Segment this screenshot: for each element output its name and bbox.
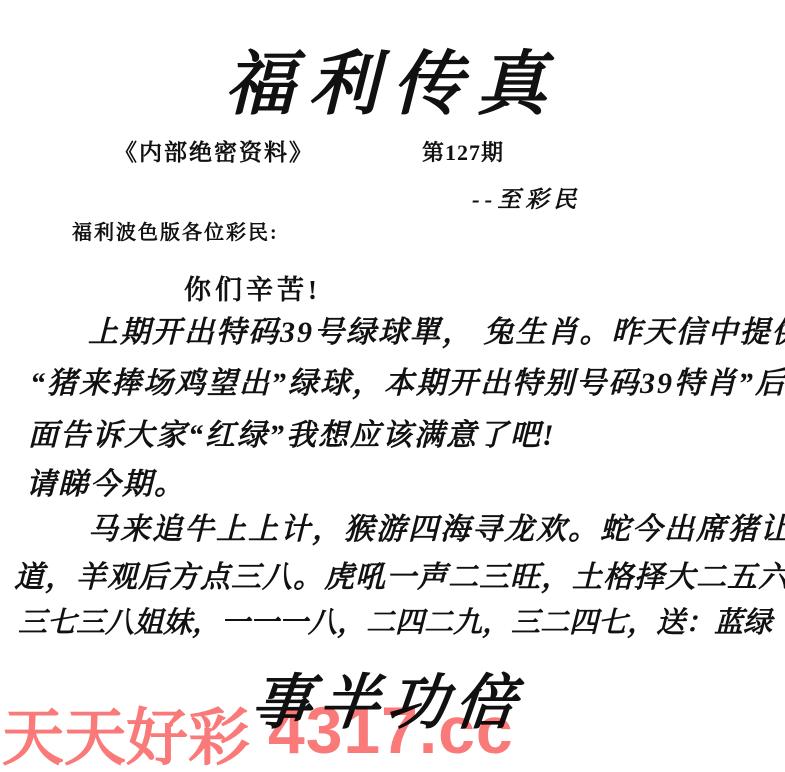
paragraph1-line3: 面告诉大家“红绿”我想应该满意了吧! xyxy=(28,410,556,454)
paragraph1-line1: 上期开出特码39号绿球單， 兔生肖。昨天信中提供 xyxy=(88,307,785,351)
watermark-site-name: 天天好彩 xyxy=(2,688,250,772)
paragraph2-line3: 三七三八姐妹，一一一八，二四二九，三二四七，送：蓝绿 xyxy=(18,600,772,641)
page-title: 福利传真 xyxy=(0,28,785,129)
greeting-line: 你们辛苦! xyxy=(184,268,321,307)
paragraph2-line2: 道，羊观后方点三八。虎吼一声二三旺，土格择大二五六。 xyxy=(14,552,785,596)
source-label: 《内部绝密资料》 xyxy=(114,134,314,167)
issue-number: 第127期 xyxy=(422,136,504,167)
paragraph2-line1: 马来追牛上上计，猴游四海寻龙欢。蛇今出席猪让 xyxy=(88,504,785,548)
paragraph1-line4: 请睇今期。 xyxy=(26,459,186,503)
dedication-line: --至彩民 xyxy=(472,181,581,214)
watermark-site-domain: 4317.cc xyxy=(268,692,514,768)
paragraph1-line2: “猪来捧场鸡望出”绿球，本期开出特别号码39特肖”后 xyxy=(30,358,785,402)
fax-flyer-sheet: 福利传真 《内部绝密资料》 第127期 --至彩民 福利波色版各位彩民: 你们辛… xyxy=(0,0,785,772)
salutation-line: 福利波色版各位彩民: xyxy=(72,216,279,245)
